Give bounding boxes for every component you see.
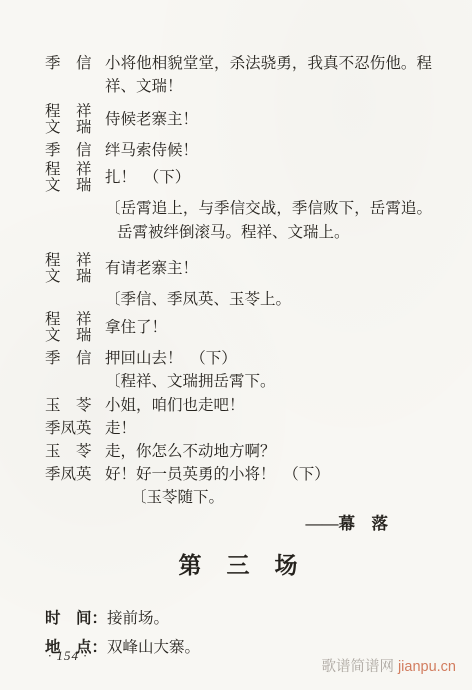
- dialogue-text: 走！: [105, 417, 432, 440]
- meta-value-time: 接前场。: [107, 610, 169, 627]
- speaker-name-bottom: 文 瑞: [45, 328, 95, 344]
- script-line: 玉 苓 走，你怎么不动地方啊？: [45, 440, 432, 463]
- speaker-name-top: 程 祥: [45, 162, 95, 178]
- page-number: · 154 ·: [48, 648, 88, 664]
- script-line: 玉 苓 小姐，咱们也走吧！: [45, 394, 432, 417]
- script-page: 季 信 小将他相貌堂堂，杀法骁勇，我真不忍伤他。程祥、文瑞！ 程 祥 文 瑞 侍…: [0, 0, 472, 690]
- dialogue-text: 侍候老寨主！: [105, 111, 432, 129]
- dialogue-text: 好！好一员英勇的小将！ （下）: [105, 463, 432, 486]
- dialogue-text: 有请老寨主！: [105, 260, 432, 278]
- script-line: 程 祥 文 瑞 有请老寨主！: [45, 253, 432, 285]
- speaker-name: 季 信: [45, 139, 95, 162]
- dialogue-text: 拿住了！: [105, 319, 432, 337]
- speaker-name: 季凤英: [45, 463, 95, 486]
- speaker-name: 玉 苓: [45, 440, 95, 463]
- script-line: 程 祥 文 瑞 拿住了！: [45, 312, 432, 344]
- speaker-name: 季 信: [45, 347, 95, 370]
- speaker-name: 程 祥 文 瑞: [45, 312, 95, 344]
- script-line: 季凤英 好！好一员英勇的小将！ （下）: [45, 463, 432, 486]
- curtain-note: ——幕 落: [45, 512, 432, 535]
- meta-label-time: 时 间：: [45, 610, 107, 627]
- speaker-name: 程 祥 文 瑞: [45, 253, 95, 285]
- speaker-name: 程 祥 文 瑞: [45, 104, 95, 136]
- script-line: 程 祥 文 瑞 扎！ （下）: [45, 162, 432, 194]
- speaker-name-top: 程 祥: [45, 253, 95, 269]
- meta-value-place: 双峰山大寨。: [107, 639, 200, 656]
- page-content: 季 信 小将他相貌堂堂，杀法骁勇，我真不忍伤他。程祥、文瑞！ 程 祥 文 瑞 侍…: [0, 0, 472, 660]
- speaker-name-top: 程 祥: [45, 312, 95, 328]
- scene-meta-row: 时 间：接前场。: [45, 607, 432, 631]
- speaker-name-top: 程 祥: [45, 104, 95, 120]
- dialogue-text: 小将他相貌堂堂，杀法骁勇，我真不忍伤他。程祥、文瑞！: [105, 52, 432, 98]
- script-line: 季 信 小将他相貌堂堂，杀法骁勇，我真不忍伤他。程祥、文瑞！: [45, 52, 432, 98]
- stage-direction: 〔玉苓随下。: [131, 486, 432, 510]
- stage-direction: 〔季信、季凤英、玉苓上。: [105, 288, 432, 312]
- stage-direction: 〔岳霄追上，与季信交战，季信败下，岳霄追。岳霄被绊倒滚马。程祥、文瑞上。: [105, 197, 432, 245]
- watermark: 歌谱简谱网jianpu.cn: [321, 655, 456, 676]
- script-line: 季 信 绊马索侍候！: [45, 139, 432, 162]
- dialogue-text: 绊马索侍候！: [105, 139, 432, 162]
- dialogue-text: 小姐，咱们也走吧！: [105, 394, 432, 417]
- dialogue-text: 押回山去！ （下）: [105, 347, 432, 370]
- dialogue-text: 扎！ （下）: [105, 169, 432, 187]
- script-line: 季 信 押回山去！ （下）: [45, 347, 432, 370]
- scene-heading: 第 三 场: [45, 551, 432, 581]
- watermark-site-url: jianpu.cn: [398, 659, 456, 675]
- scene-meta: 时 间：接前场。 地 点：双峰山大寨。: [45, 607, 432, 660]
- speaker-name: 程 祥 文 瑞: [45, 162, 95, 194]
- dialogue-text: 走，你怎么不动地方啊？: [105, 440, 432, 463]
- stage-direction: 〔程祥、文瑞拥岳霄下。: [105, 370, 432, 394]
- speaker-name-bottom: 文 瑞: [45, 269, 95, 285]
- script-line: 季凤英 走！: [45, 417, 432, 440]
- script-line: 程 祥 文 瑞 侍候老寨主！: [45, 104, 432, 136]
- speaker-name: 季凤英: [45, 417, 95, 440]
- speaker-name: 季 信: [45, 52, 95, 75]
- watermark-site-name: 歌谱简谱网: [321, 659, 394, 675]
- speaker-name-bottom: 文 瑞: [45, 120, 95, 136]
- speaker-name: 玉 苓: [45, 394, 95, 417]
- speaker-name-bottom: 文 瑞: [45, 178, 95, 194]
